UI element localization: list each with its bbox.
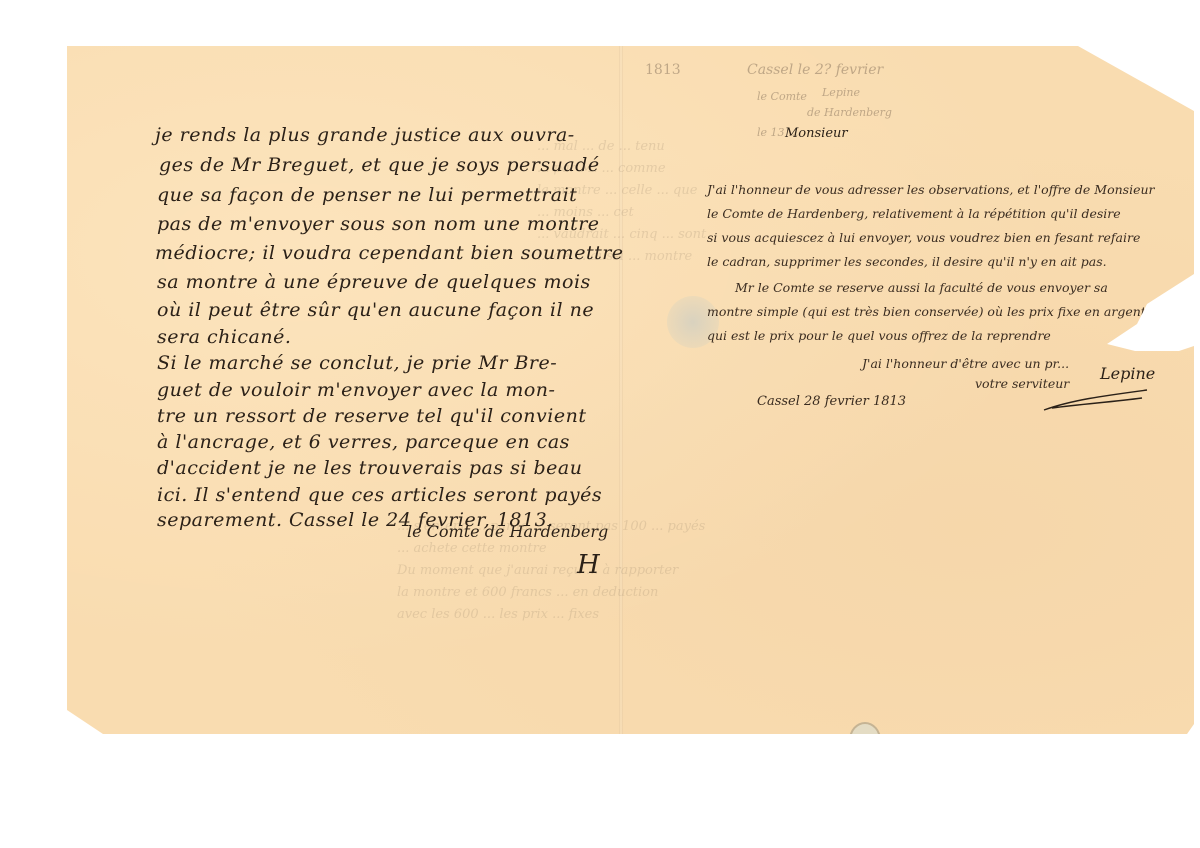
docket-date: Cassel le 2? fevrier: [747, 62, 883, 78]
right-line-6: montre simple (qui est très bien conserv…: [707, 304, 1146, 319]
right-line-5: Mr le Comte se reserve aussi la faculté …: [735, 280, 1108, 295]
place-date: Cassel 28 fevrier 1813: [757, 394, 906, 409]
left-line-3: que sa façon de penser ne lui permettrai…: [157, 184, 577, 206]
left-line-1: je rends la plus grande justice aux ouvr…: [155, 124, 575, 146]
docket-line-5: de Hardenberg: [807, 106, 892, 119]
left-line-9: Si le marché se conclut, je prie Mr Bre-: [157, 352, 557, 374]
closing-line-1: J'ai l'honneur d'être avec un pr...: [862, 356, 1069, 371]
left-line-6: sa montre à une épreuve de quelques mois: [157, 271, 591, 293]
letter-paper: ... mal ... de ... tenu... par M. ... co…: [67, 46, 1194, 734]
left-line-4: pas de m'envoyer sous son nom une montre: [157, 213, 600, 235]
left-line-2: ges de Mr Breguet, et que je soys persua…: [159, 154, 600, 176]
right-line-1: J'ai l'honneur de vous adresser les obse…: [707, 182, 1155, 197]
right-line-7: qui est le prix pour le quel vous offrez…: [707, 328, 1051, 343]
stain-ring: [717, 740, 783, 786]
stain-ring-small: [849, 722, 881, 758]
left-line-5: médiocre; il voudra cependant bien soume…: [155, 242, 624, 264]
left-line-10: guet de vouloir m'envoyer avec la mon-: [157, 379, 555, 401]
docket-year: 1813: [645, 62, 681, 78]
right-signature: Lepine: [1100, 364, 1155, 383]
left-line-14: ici. Il s'entend que ces articles seront…: [157, 484, 602, 506]
left-line-12: à l'ancrage, et 6 verres, parceque en ca…: [157, 431, 570, 453]
signature-flourish: [1042, 386, 1152, 416]
right-line-3: si vous acquiescez à lui envoyer, vous v…: [707, 230, 1140, 245]
docket-line-4: le Comte: [757, 90, 807, 103]
left-signature-initial: H: [577, 550, 600, 580]
right-line-2: le Comte de Hardenberg, relativement à l…: [707, 206, 1121, 221]
left-line-13: d'accident je ne les trouverais pas si b…: [157, 457, 582, 479]
left-signature: le Comte de Hardenberg: [407, 522, 608, 541]
left-line-8: sera chicané.: [157, 326, 291, 348]
right-line-4: le cadran, supprimer les secondes, il de…: [707, 254, 1107, 269]
left-line-7: où il peut être sûr qu'en aucune façon i…: [157, 299, 594, 321]
salutation: Monsieur: [785, 126, 848, 141]
docket-name: Lepine: [822, 86, 860, 99]
left-line-11: tre un ressort de reserve tel qu'il conv…: [157, 405, 586, 427]
